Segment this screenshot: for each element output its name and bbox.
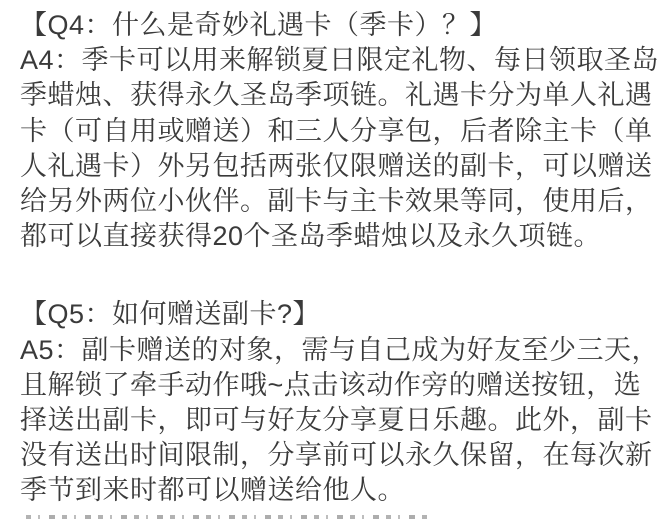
answer-a4-line-1: A4：季卡可以用来解锁夏日限定礼物、每日领取圣岛 [20, 43, 646, 78]
answer-a5-line-3: 择送出副卡，即可与好友分享夏日乐趣。此外，副卡 [20, 403, 646, 438]
answer-a4-line-2: 季蜡烛、获得永久圣岛季项链。礼遇卡分为单人礼遇 [20, 78, 646, 113]
answer-a4-line-6: 都可以直接获得20个圣岛季蜡烛以及永久项链。 [20, 219, 646, 254]
answer-a5-line-1: A5：副卡赠送的对象，需与自己成为好友至少三天， [20, 333, 646, 368]
clipped-next-line [26, 515, 434, 519]
question-q5: 【Q5：如何赠送副卡?】 [20, 297, 646, 332]
answer-a5-line-2: 且解锁了牵手动作哦~点击该动作旁的赠送按钮，选 [20, 368, 646, 403]
answer-a4-line-3: 卡（可自用或赠送）和三人分享包，后者除主卡（单 [20, 114, 646, 149]
question-q4: 【Q4：什么是奇妙礼遇卡（季卡）？】 [20, 8, 646, 43]
answer-a4-line-5: 给另外两位小伙伴。副卡与主卡效果等同，使用后， [20, 184, 646, 219]
answer-a4-line-4: 人礼遇卡）外另包括两张仅限赠送的副卡，可以赠送 [20, 149, 646, 184]
answer-a5-line-4: 没有送出时间限制，分享前可以永久保留，在每次新 [20, 438, 646, 473]
faq-document: 【Q4：什么是奇妙礼遇卡（季卡）？】 A4：季卡可以用来解锁夏日限定礼物、每日领… [0, 0, 662, 519]
answer-a5-line-5: 季节到来时都可以赠送给他人。 [20, 473, 646, 508]
paragraph-gap [20, 254, 646, 297]
